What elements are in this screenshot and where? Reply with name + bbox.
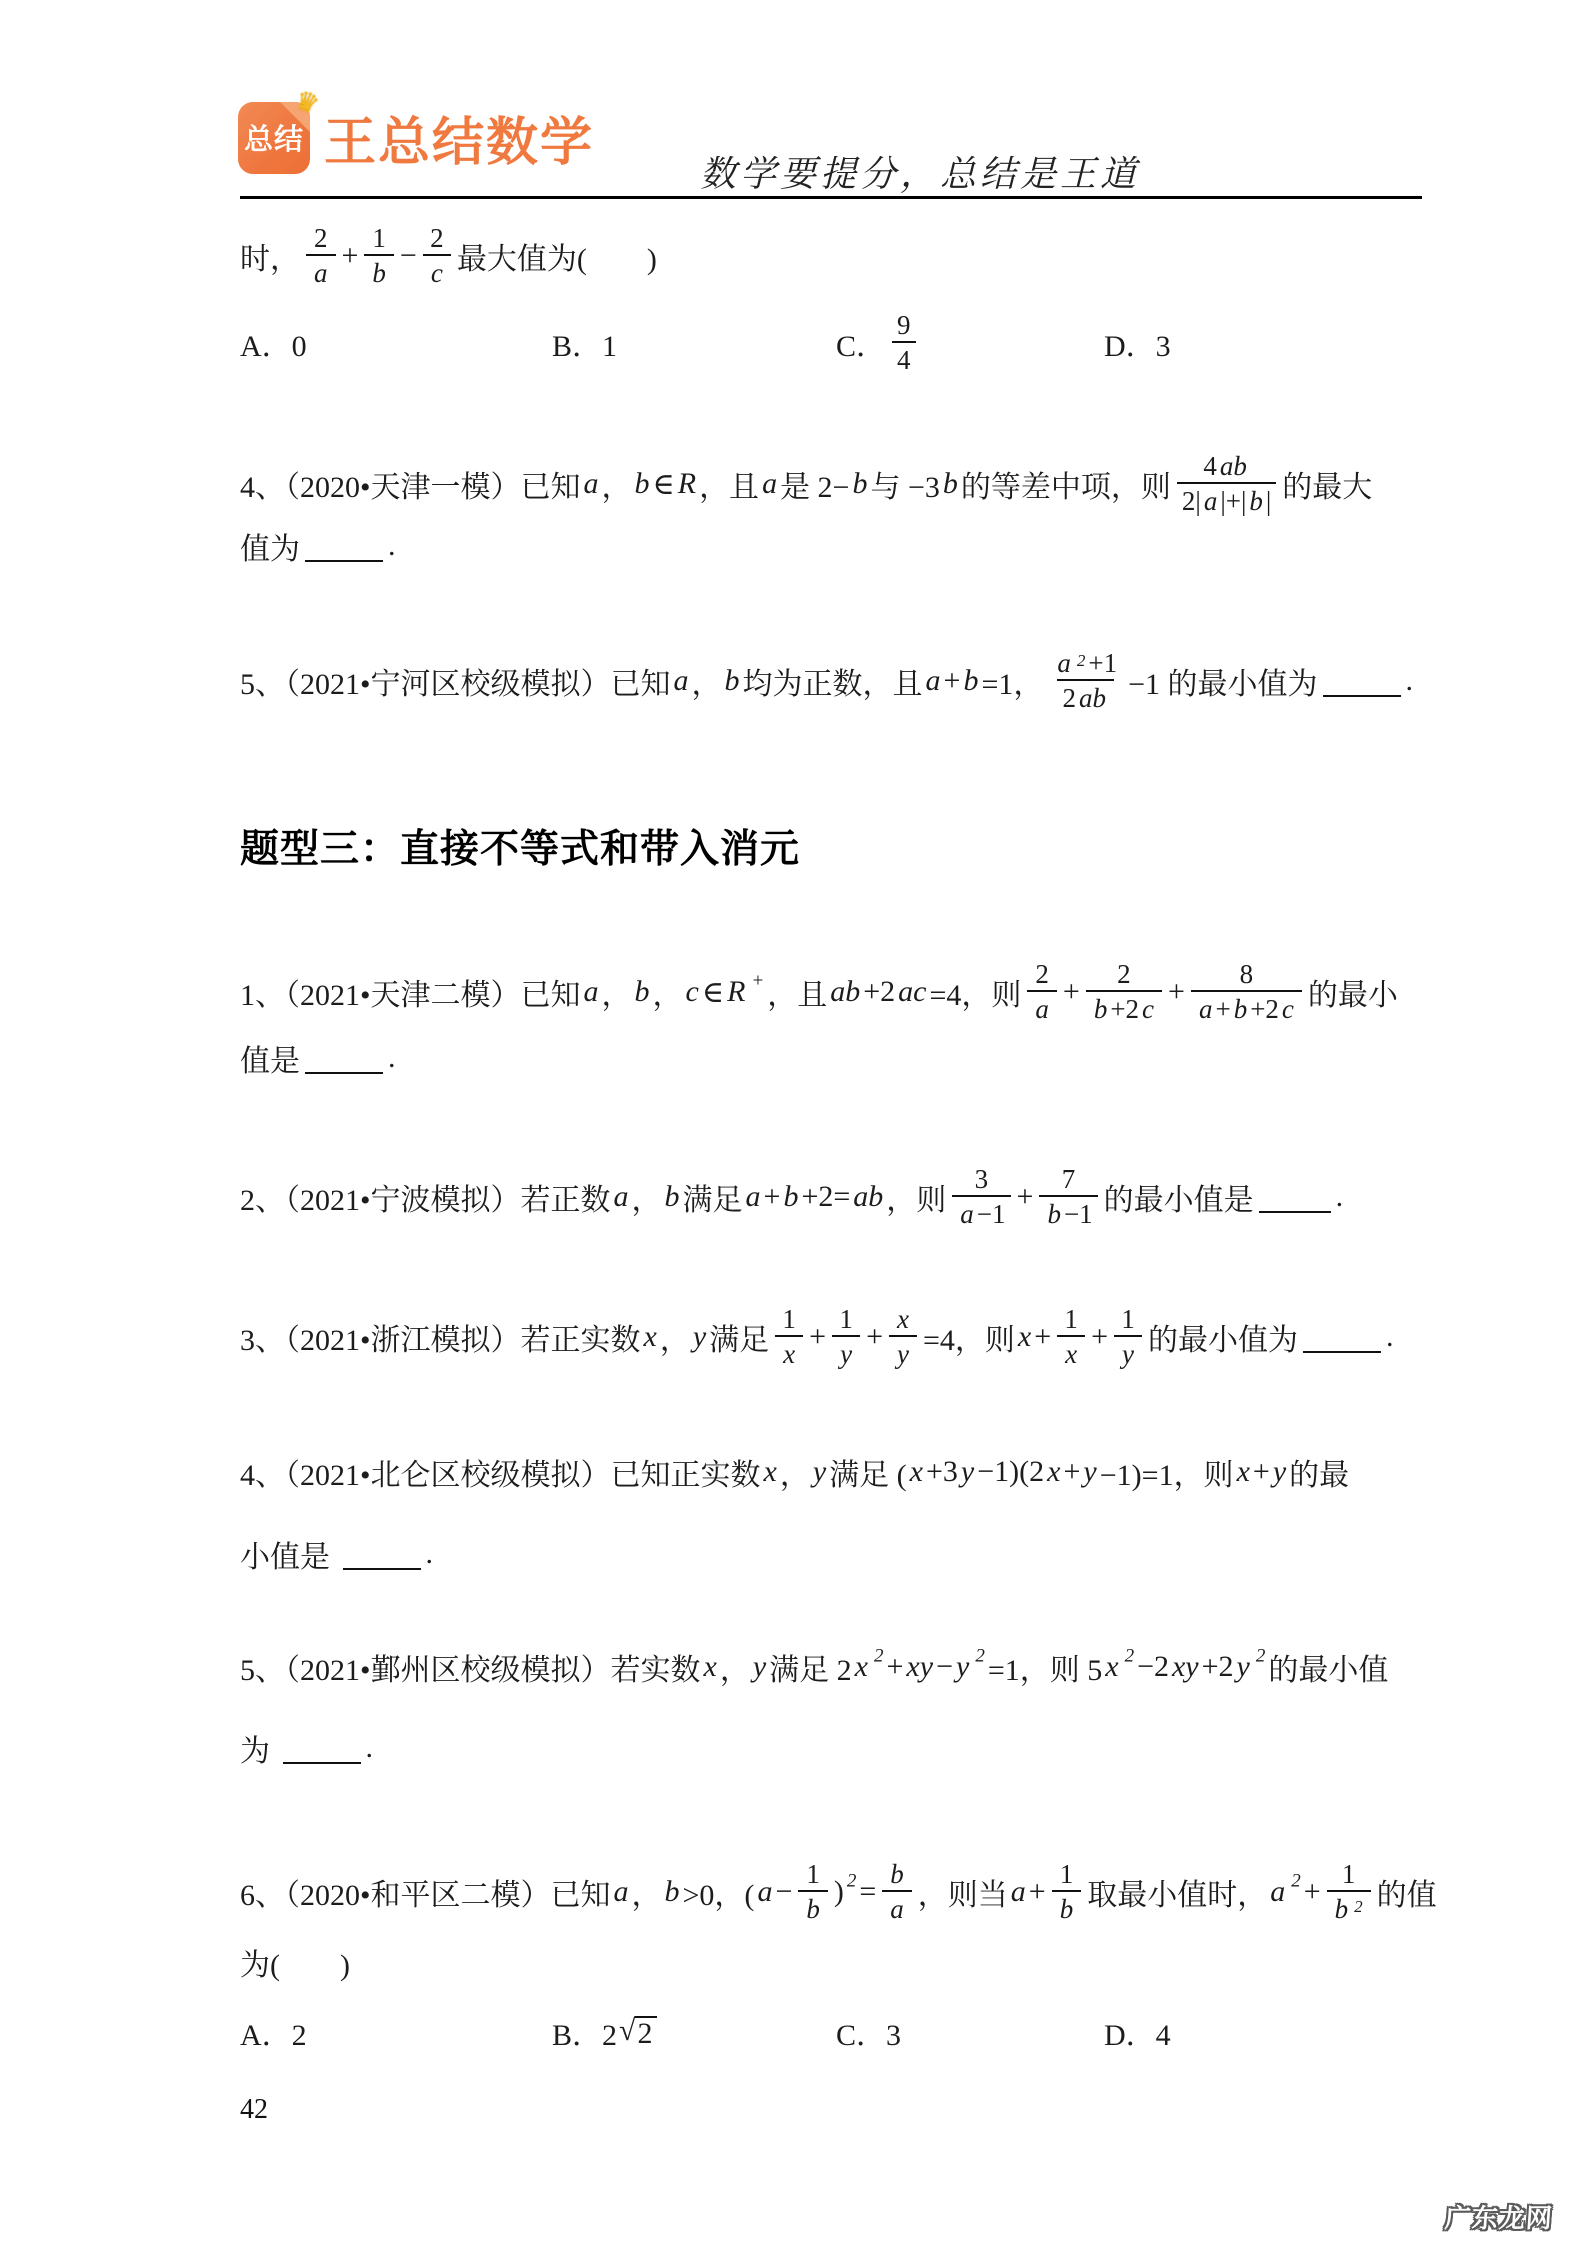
math-variable: b [943, 467, 958, 501]
denominator: b [1052, 1890, 1082, 1925]
text-run: +2 [1250, 994, 1279, 1025]
crown-icon: ♛ [290, 84, 323, 121]
text-run: −1 [1064, 1199, 1093, 1230]
text-run: 为 [240, 1726, 278, 1770]
text-run: 4 [1203, 451, 1217, 482]
denominator: a−1 [952, 1195, 1010, 1230]
numerator: 1 [1059, 1304, 1083, 1335]
section3-question-1-line-1: 1、（2021•天津二模）已知a，b，c∈R+，且ab+2ac=4，则2a+2b… [240, 934, 1430, 1050]
text-run: . [1406, 664, 1414, 698]
text-run: −1 的最小值为 [1128, 659, 1317, 703]
text-run: 4、（2020•天津一模）已知 [240, 462, 581, 506]
text-run: C．3 [836, 2010, 901, 2054]
option-a: A．0 [240, 294, 307, 392]
math-variable: a [614, 1180, 629, 1214]
math-variable: b [372, 258, 386, 289]
text-run: + [1029, 1875, 1046, 1909]
text-run: ， [780, 1450, 810, 1494]
fraction: a2+12ab [1049, 648, 1122, 714]
text-run: + [1017, 1180, 1034, 1214]
section3-question-6-line-2: 为( ) [240, 1940, 1430, 1984]
math-variable: b [1234, 994, 1248, 1025]
fraction: 3a−1 [952, 1164, 1010, 1230]
text-run: 的最小值是 [1104, 1175, 1254, 1219]
numerator: 2 [1112, 959, 1136, 990]
math-variable: a [1204, 486, 1218, 517]
fraction: xy [889, 1304, 917, 1370]
text-run: + [809, 1320, 826, 1354]
radical: √2 [619, 2016, 657, 2049]
text-run: ∈ [653, 467, 675, 502]
text-run: ， [692, 659, 722, 703]
logo-badge-text: 总结 [244, 117, 304, 158]
text-run: 时， [240, 234, 300, 278]
text-run: + [1304, 1875, 1321, 1909]
text-run: =4，则 [923, 1315, 1015, 1359]
text-run: −1)(2 [977, 1455, 1044, 1489]
denominator: x [1057, 1335, 1085, 1370]
math-variable: b [1249, 486, 1263, 517]
text-run: ， [653, 970, 683, 1014]
math-variable: c [1282, 994, 1294, 1025]
numerator: 4ab [1198, 451, 1255, 482]
math-variable: b [852, 467, 867, 501]
text-run: | [1266, 486, 1271, 517]
math-variable: c [431, 258, 443, 289]
math-variable: y [1273, 1455, 1286, 1489]
superscript: 2 [1125, 1646, 1135, 1668]
text-run: D．3 [1104, 321, 1171, 365]
math-variable: a [584, 975, 599, 1009]
text-run: 均为正数，且 [743, 659, 923, 703]
superscript: 2 [874, 1646, 884, 1668]
math-variable: a [1199, 994, 1213, 1025]
option-b: B．1 [552, 294, 617, 392]
denominator: c [423, 254, 451, 289]
text-run: ，且 [767, 970, 827, 1014]
text-run: . [426, 1537, 434, 1571]
text-run: ， [660, 1315, 690, 1359]
text-run: 5、（2021•宁河区校级模拟）已知 [240, 659, 671, 703]
section3-question-3-line: 3、（2021•浙江模拟）若正实数x，y满足1x+1y+xy=4，则x+1x+1… [240, 1284, 1430, 1390]
math-variable: x [1018, 1320, 1031, 1354]
text-run: + [1253, 1455, 1270, 1489]
answer-blank [343, 1538, 421, 1571]
math-variable: b [635, 467, 650, 501]
text-run: >0，( [683, 1870, 755, 1914]
fraction: 1x [775, 1304, 803, 1370]
denominator: x [775, 1335, 803, 1370]
option-d: D．3 [1104, 294, 1171, 392]
math-variable: x [1047, 1455, 1060, 1489]
choice-options-row: A．2 B．2√2 C．3 D．4 [240, 2002, 1430, 2062]
superscript: 2 [1077, 651, 1086, 671]
text-run: 2 [1117, 959, 1131, 990]
question-4-line-2: 值为. [240, 524, 1430, 568]
math-variable: b [665, 1180, 680, 1214]
worksheet-page: ♛ 总结 王总结数学 数学要提分，总结是王道 时，2a+1b−2c最大值为( )… [0, 0, 1587, 2245]
math-variable: b [1047, 1199, 1061, 1230]
math-variable: b [783, 1180, 798, 1214]
math-variable: y [813, 1455, 826, 1489]
text-run: 9 [897, 310, 911, 341]
text-run: + [1091, 1320, 1108, 1354]
text-run: =4，则 [929, 970, 1021, 1014]
text-run: 的最小值为 [1148, 1315, 1298, 1359]
radicand: 2 [635, 2016, 657, 2049]
text-run: + [1215, 994, 1230, 1025]
text-run: 满足 [709, 1315, 769, 1359]
text-run: 为( ) [240, 1940, 350, 1984]
denominator: b+2c [1086, 990, 1162, 1025]
math-variable: y [897, 1339, 909, 1370]
text-run: 8 [1240, 959, 1254, 990]
text-run: 2| [1182, 486, 1201, 517]
text-run: 1 [1064, 1304, 1078, 1335]
text-run: . [366, 1731, 374, 1765]
math-variable: xy [906, 1650, 933, 1684]
question-5-line: 5、（2021•宁河区校级模拟）已知a，b均为正数，且a+b=1，a2+12ab… [240, 630, 1430, 732]
math-variable: ab [1220, 451, 1247, 482]
denominator: b2 [1327, 1890, 1371, 1925]
math-variable: R [678, 467, 696, 501]
answer-blank [283, 1732, 361, 1765]
text-run: 1 [839, 1304, 853, 1335]
text-run: 7 [1062, 1164, 1076, 1195]
text-run: 的最大 [1282, 462, 1372, 506]
math-variable: y [693, 1320, 706, 1354]
fraction: 94 [892, 310, 916, 376]
math-variable: a [614, 1875, 629, 1909]
section3-question-4-line-2: 小值是 . [240, 1530, 1430, 1578]
math-variable: x [1105, 1650, 1118, 1684]
numerator: 3 [970, 1164, 994, 1195]
text-run: C． [836, 321, 886, 365]
choice-options-row: A．0 B．1 C．94 D．3 [240, 294, 1430, 392]
brand-logo: ♛ 总结 王总结数学 [238, 100, 594, 175]
text-run: 2 [314, 223, 328, 254]
math-variable: b [1060, 1894, 1074, 1925]
superscript: 2 [1291, 1871, 1301, 1893]
math-variable: ab [1079, 683, 1106, 714]
option-b: B．2√2 [552, 2002, 657, 2062]
text-run: ，且 [699, 462, 759, 506]
math-variable: b [665, 1875, 680, 1909]
math-variable: y [961, 1455, 974, 1489]
fraction: 1b [798, 1859, 828, 1925]
text-run: + [866, 1320, 883, 1354]
fraction: 2b+2c [1086, 959, 1162, 1025]
math-variable: a [584, 467, 599, 501]
text-run: + [887, 1650, 904, 1684]
math-variable: b [963, 664, 978, 698]
text-run: ，则当 [918, 1870, 1008, 1914]
text-run: 4、（2021•北仑区校级模拟）已知正实数 [240, 1450, 761, 1494]
text-run: . [388, 529, 396, 563]
text-run: ，则 [886, 1175, 946, 1219]
denominator: a+b+2c [1191, 990, 1302, 1025]
numerator: 2 [1030, 959, 1054, 990]
denominator: a [1027, 990, 1057, 1025]
text-run: + [764, 1180, 781, 1214]
math-variable: y [753, 1650, 766, 1684]
math-variable: a [926, 664, 941, 698]
text-run: +2 [1202, 1650, 1234, 1684]
section3-question-1-line-2: 值是. [240, 1036, 1430, 1080]
math-variable: y [1237, 1650, 1250, 1684]
text-run: 5、（2021•鄞州区校级模拟）若实数 [240, 1645, 701, 1689]
math-variable: x [783, 1339, 795, 1370]
numerator: 1 [1055, 1859, 1079, 1890]
math-variable: a [1057, 648, 1071, 679]
math-variable: x [910, 1455, 923, 1489]
page-number: 42 [240, 2094, 268, 2126]
text-run: − [400, 239, 417, 273]
section3-question-5-line-2: 为 . [240, 1724, 1430, 1772]
text-run: +2 [863, 975, 895, 1009]
text-run: A．0 [240, 321, 307, 365]
brand-name: 王总结数学 [324, 100, 594, 175]
text-run: ， [720, 1645, 750, 1689]
text-run: 3、（2021•浙江模拟）若正实数 [240, 1315, 641, 1359]
answer-blank [1303, 1321, 1381, 1354]
math-variable: y [956, 1650, 969, 1684]
math-variable: ac [898, 975, 926, 1009]
fraction: 4ab2|a|+|b| [1177, 451, 1276, 517]
superscript: 2 [975, 1646, 985, 1668]
math-variable: b [725, 664, 740, 698]
header-divider [240, 196, 1422, 199]
text-run: B．1 [552, 321, 617, 365]
text-run: D．4 [1104, 2010, 1171, 2054]
question-continuation-line: 时，2a+1b−2c最大值为( ) [240, 210, 1430, 302]
text-run: ∈ [702, 975, 724, 1010]
numerator: a2+1 [1049, 648, 1122, 679]
text-run: 1 [1121, 1304, 1135, 1335]
denominator: a [882, 1890, 912, 1925]
answer-blank [305, 1042, 383, 1075]
text-run: − [936, 1650, 953, 1684]
text-run: 最大值为( ) [457, 234, 657, 278]
fraction: 1b2 [1327, 1859, 1371, 1925]
math-variable: a [674, 664, 689, 698]
text-run: 2 [430, 223, 444, 254]
text-run: B．2 [552, 2010, 617, 2054]
brand-logo-icon: ♛ 总结 [238, 102, 310, 174]
math-variable: b [635, 975, 650, 1009]
text-run: =1，则 5 [988, 1645, 1102, 1689]
math-variable: x [897, 1304, 909, 1335]
text-run: 2 [1062, 683, 1076, 714]
text-run: 1 [1060, 1859, 1074, 1890]
math-variable: y [840, 1339, 852, 1370]
text-run: −1 [977, 1199, 1006, 1230]
text-run: |+| [1220, 486, 1246, 517]
text-run: ， [632, 1175, 662, 1219]
text-run: ， [602, 462, 632, 506]
math-variable: xy [1172, 1650, 1199, 1684]
denominator: y [1114, 1335, 1142, 1370]
denominator: b−1 [1039, 1195, 1097, 1230]
denominator: b [364, 254, 394, 289]
text-run: 4 [897, 345, 911, 376]
section3-question-6-line-1: 6、（2020•和平区二模）已知a，b>0，(a−1b)2=ba，则当a+1b取… [240, 1836, 1430, 1948]
option-d: D．4 [1104, 2002, 1171, 2062]
text-run: = [859, 1875, 876, 1909]
numerator: 7 [1057, 1164, 1081, 1195]
superscript: 2 [847, 1871, 857, 1893]
math-variable: x [764, 1455, 777, 1489]
radical-sign: √ [619, 2016, 635, 2049]
fraction: 1x [1057, 1304, 1085, 1370]
answer-blank [305, 530, 383, 563]
math-variable: b [1094, 994, 1108, 1025]
denominator: 2ab [1057, 679, 1114, 714]
numerator: 1 [801, 1859, 825, 1890]
text-run: 是 2− [780, 462, 849, 506]
text-run: 的最小值 [1268, 1645, 1388, 1689]
superscript: 2 [1354, 1897, 1363, 1917]
text-run: +2 [1110, 994, 1139, 1025]
math-variable: ab [830, 975, 860, 1009]
text-run: . [388, 1041, 396, 1075]
math-variable: b [806, 1894, 820, 1925]
option-c: C．3 [836, 2002, 901, 2062]
text-run: 取最小值时， [1087, 1870, 1267, 1914]
fraction: 2c [423, 223, 451, 289]
fraction: 1y [832, 1304, 860, 1370]
answer-blank [1259, 1181, 1331, 1214]
text-run: A．2 [240, 2010, 307, 2054]
numerator: 2 [425, 223, 449, 254]
fraction: 8a+b+2c [1191, 959, 1302, 1025]
numerator: 9 [892, 310, 916, 341]
math-variable: a [960, 1199, 974, 1230]
text-run: − [775, 1875, 792, 1909]
denominator: a [306, 254, 336, 289]
section-title: 题型三：直接不等式和带入消元 [240, 818, 800, 874]
text-run: . [1336, 1180, 1344, 1214]
text-run: + [1063, 1455, 1080, 1489]
section3-question-5-line-1: 5、（2021•鄞州区校级模拟）若实数x，y满足 2x2+xy−y2=1，则 5… [240, 1642, 1430, 1692]
numerator: b [882, 1859, 912, 1890]
numerator: x [889, 1304, 917, 1335]
math-variable: y [1083, 1455, 1096, 1489]
text-run: 值为 [240, 524, 300, 568]
text-run: 1 [782, 1304, 796, 1335]
fraction: 2a [306, 223, 336, 289]
section3-question-4-line-1: 4、（2021•北仑区校级模拟）已知正实数x，y满足 (x+3y−1)(2x+y… [240, 1448, 1430, 1496]
fraction: 1b [1052, 1859, 1082, 1925]
fraction: 2a [1027, 959, 1057, 1025]
math-variable: a [762, 467, 777, 501]
numerator: 1 [1337, 1859, 1361, 1890]
numerator: 1 [777, 1304, 801, 1335]
text-run: 的最 [1289, 1450, 1349, 1494]
text-run: + [1168, 975, 1185, 1009]
denominator: y [832, 1335, 860, 1370]
text-run: 的等差中项，则 [961, 462, 1171, 506]
text-run: 6、（2020•和平区二模）已知 [240, 1870, 611, 1914]
answer-blank [1323, 665, 1401, 698]
text-run: +3 [926, 1455, 958, 1489]
math-variable: c [1142, 994, 1154, 1025]
text-run: +2= [801, 1180, 850, 1214]
math-variable: x [855, 1650, 868, 1684]
numerator: 1 [367, 223, 391, 254]
numerator: 8 [1235, 959, 1259, 990]
math-variable: c [686, 975, 699, 1009]
section3-question-2-line: 2、（2021•宁波模拟）若正数a，b满足a+b+2=ab，则3a−1+7b−1… [240, 1146, 1430, 1248]
numerator: 1 [834, 1304, 858, 1335]
math-variable: R [727, 975, 745, 1009]
math-variable: x [644, 1320, 657, 1354]
text-run: +1 [1088, 648, 1117, 679]
text-run: . [1386, 1320, 1394, 1354]
math-variable: a [1270, 1875, 1285, 1909]
math-variable: b [1335, 1894, 1349, 1925]
text-run: 满足 2 [769, 1645, 852, 1689]
brand-slogan: 数学要提分，总结是王道 [700, 146, 1140, 197]
fraction: 7b−1 [1039, 1164, 1097, 1230]
text-run: 值是 [240, 1036, 300, 1080]
math-variable: x [1237, 1455, 1250, 1489]
text-run: 1、（2021•天津二模）已知 [240, 970, 581, 1014]
text-run: + [1034, 1320, 1051, 1354]
text-run: 满足 [683, 1175, 743, 1219]
text-run: + [342, 239, 359, 273]
denominator: b [798, 1890, 828, 1925]
text-run: 与 −3 [870, 462, 939, 506]
superscript: + [751, 971, 764, 993]
denominator: y [889, 1335, 917, 1370]
math-variable: a [1011, 1875, 1026, 1909]
text-run: 的最小 [1308, 970, 1398, 1014]
text-run: 1 [806, 1859, 820, 1890]
fraction: ba [882, 1859, 912, 1925]
text-run: −1)=1，则 [1100, 1450, 1234, 1494]
text-run: ， [632, 1870, 662, 1914]
text-run: 2 [1035, 959, 1049, 990]
fraction: 1y [1114, 1304, 1142, 1370]
superscript: 2 [1256, 1646, 1266, 1668]
denominator: 2|a|+|b| [1177, 482, 1276, 517]
text-run: =1， [981, 659, 1043, 703]
text-run: 的值 [1377, 1870, 1437, 1914]
numerator: 2 [309, 223, 333, 254]
math-variable: a [757, 1875, 772, 1909]
math-variable: b [890, 1859, 904, 1890]
text-run: + [1063, 975, 1080, 1009]
text-run: ， [602, 970, 632, 1014]
option-a: A．2 [240, 2002, 307, 2062]
denominator: 4 [892, 341, 916, 376]
math-variable: x [1065, 1339, 1077, 1370]
text-run: 满足 ( [829, 1450, 907, 1494]
text-run: 3 [975, 1164, 989, 1195]
numerator: 1 [1116, 1304, 1140, 1335]
text-run: −2 [1137, 1650, 1169, 1684]
option-c: C．94 [836, 294, 922, 392]
math-variable: a [1035, 994, 1049, 1025]
fraction: 1b [364, 223, 394, 289]
math-variable: a [746, 1180, 761, 1214]
site-watermark: 广东龙网 [1444, 2198, 1555, 2235]
text-run: 小值是 [240, 1532, 338, 1576]
math-variable: y [1122, 1339, 1134, 1370]
math-variable: ab [853, 1180, 883, 1214]
math-variable: a [890, 1894, 904, 1925]
